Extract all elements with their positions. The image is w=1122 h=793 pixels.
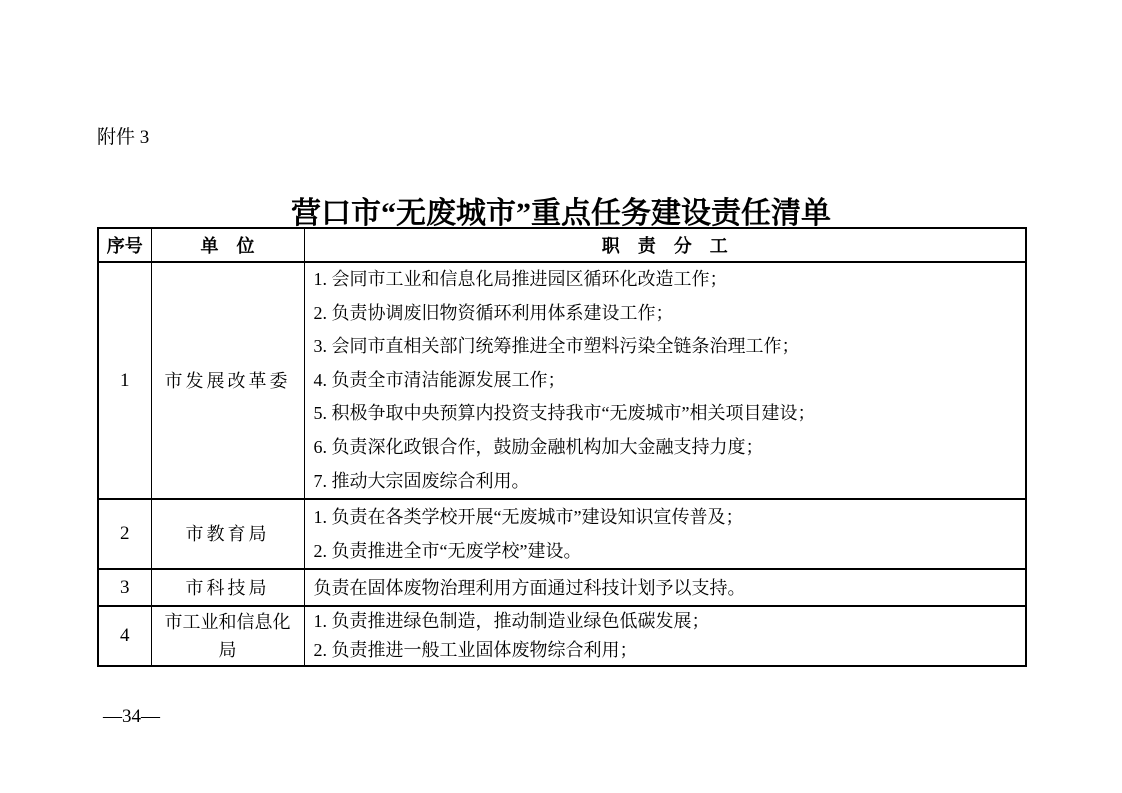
row-duties: 1. 会同市工业和信息化局推进园区循环化改造工作； 2. 负责协调废旧物资循环利… [304,262,1026,499]
header-unit: 单 位 [151,228,304,262]
duty-item: 4. 负责全市清洁能源发展工作； [314,364,1017,398]
table-row: 4 市工业和信息化局 1. 负责推进绿色制造，推动制造业绿色低碳发展； 2. 负… [98,606,1026,666]
duty-item: 2. 负责推进全市“无废学校”建设。 [314,534,1017,568]
row-duties: 1. 负责推进绿色制造，推动制造业绿色低碳发展； 2. 负责推进一般工业固体废物… [304,606,1026,666]
header-duty-division: 职 责 分 工 [304,228,1026,262]
duty-item: 7. 推动大宗固废综合利用。 [314,465,1017,499]
row-serial-number: 4 [98,606,151,666]
attachment-label: 附件 3 [97,122,149,149]
table-header-row: 序号 单 位 职 责 分 工 [98,228,1026,262]
duty-item: 5. 积极争取中央预算内投资支持我市“无废城市”相关项目建设； [314,397,1017,431]
row-unit: 市发展改革委 [151,262,304,499]
row-duties: 负责在固体废物治理利用方面通过科技计划予以支持。 [304,569,1026,606]
duty-item: 1. 负责推进绿色制造，推动制造业绿色低碳发展； [314,607,1017,636]
duty-item: 2. 负责推进一般工业固体废物综合利用； [314,636,1017,665]
duty-item: 负责在固体废物治理利用方面通过科技计划予以支持。 [314,576,1017,600]
row-unit: 市科技局 [151,569,304,606]
row-unit: 市教育局 [151,499,304,569]
row-serial-number: 2 [98,499,151,569]
duty-item: 2. 负责协调废旧物资循环利用体系建设工作； [314,297,1017,331]
responsibility-table: 序号 单 位 职 责 分 工 1 市发展改革委 1. 会同市工业和信息化局推进园… [97,227,1027,667]
header-serial-number: 序号 [98,228,151,262]
row-serial-number: 1 [98,262,151,499]
duty-item: 1. 会同市工业和信息化局推进园区循环化改造工作； [314,263,1017,297]
table-row: 1 市发展改革委 1. 会同市工业和信息化局推进园区循环化改造工作； 2. 负责… [98,262,1026,499]
row-unit: 市工业和信息化局 [151,606,304,666]
duty-item: 1. 负责在各类学校开展“无废城市”建设知识宣传普及； [314,500,1017,534]
table-row: 2 市教育局 1. 负责在各类学校开展“无废城市”建设知识宣传普及； 2. 负责… [98,499,1026,569]
duty-item: 6. 负责深化政银合作，鼓励金融机构加大金融支持力度； [314,431,1017,465]
row-serial-number: 3 [98,569,151,606]
row-duties: 1. 负责在各类学校开展“无废城市”建设知识宣传普及； 2. 负责推进全市“无废… [304,499,1026,569]
page-number: —34— [103,706,160,728]
page-title: 营口市“无废城市”重点任务建设责任清单 [0,188,1122,232]
table-row: 3 市科技局 负责在固体废物治理利用方面通过科技计划予以支持。 [98,569,1026,606]
duty-item: 3. 会同市直相关部门统筹推进全市塑料污染全链条治理工作； [314,330,1017,364]
